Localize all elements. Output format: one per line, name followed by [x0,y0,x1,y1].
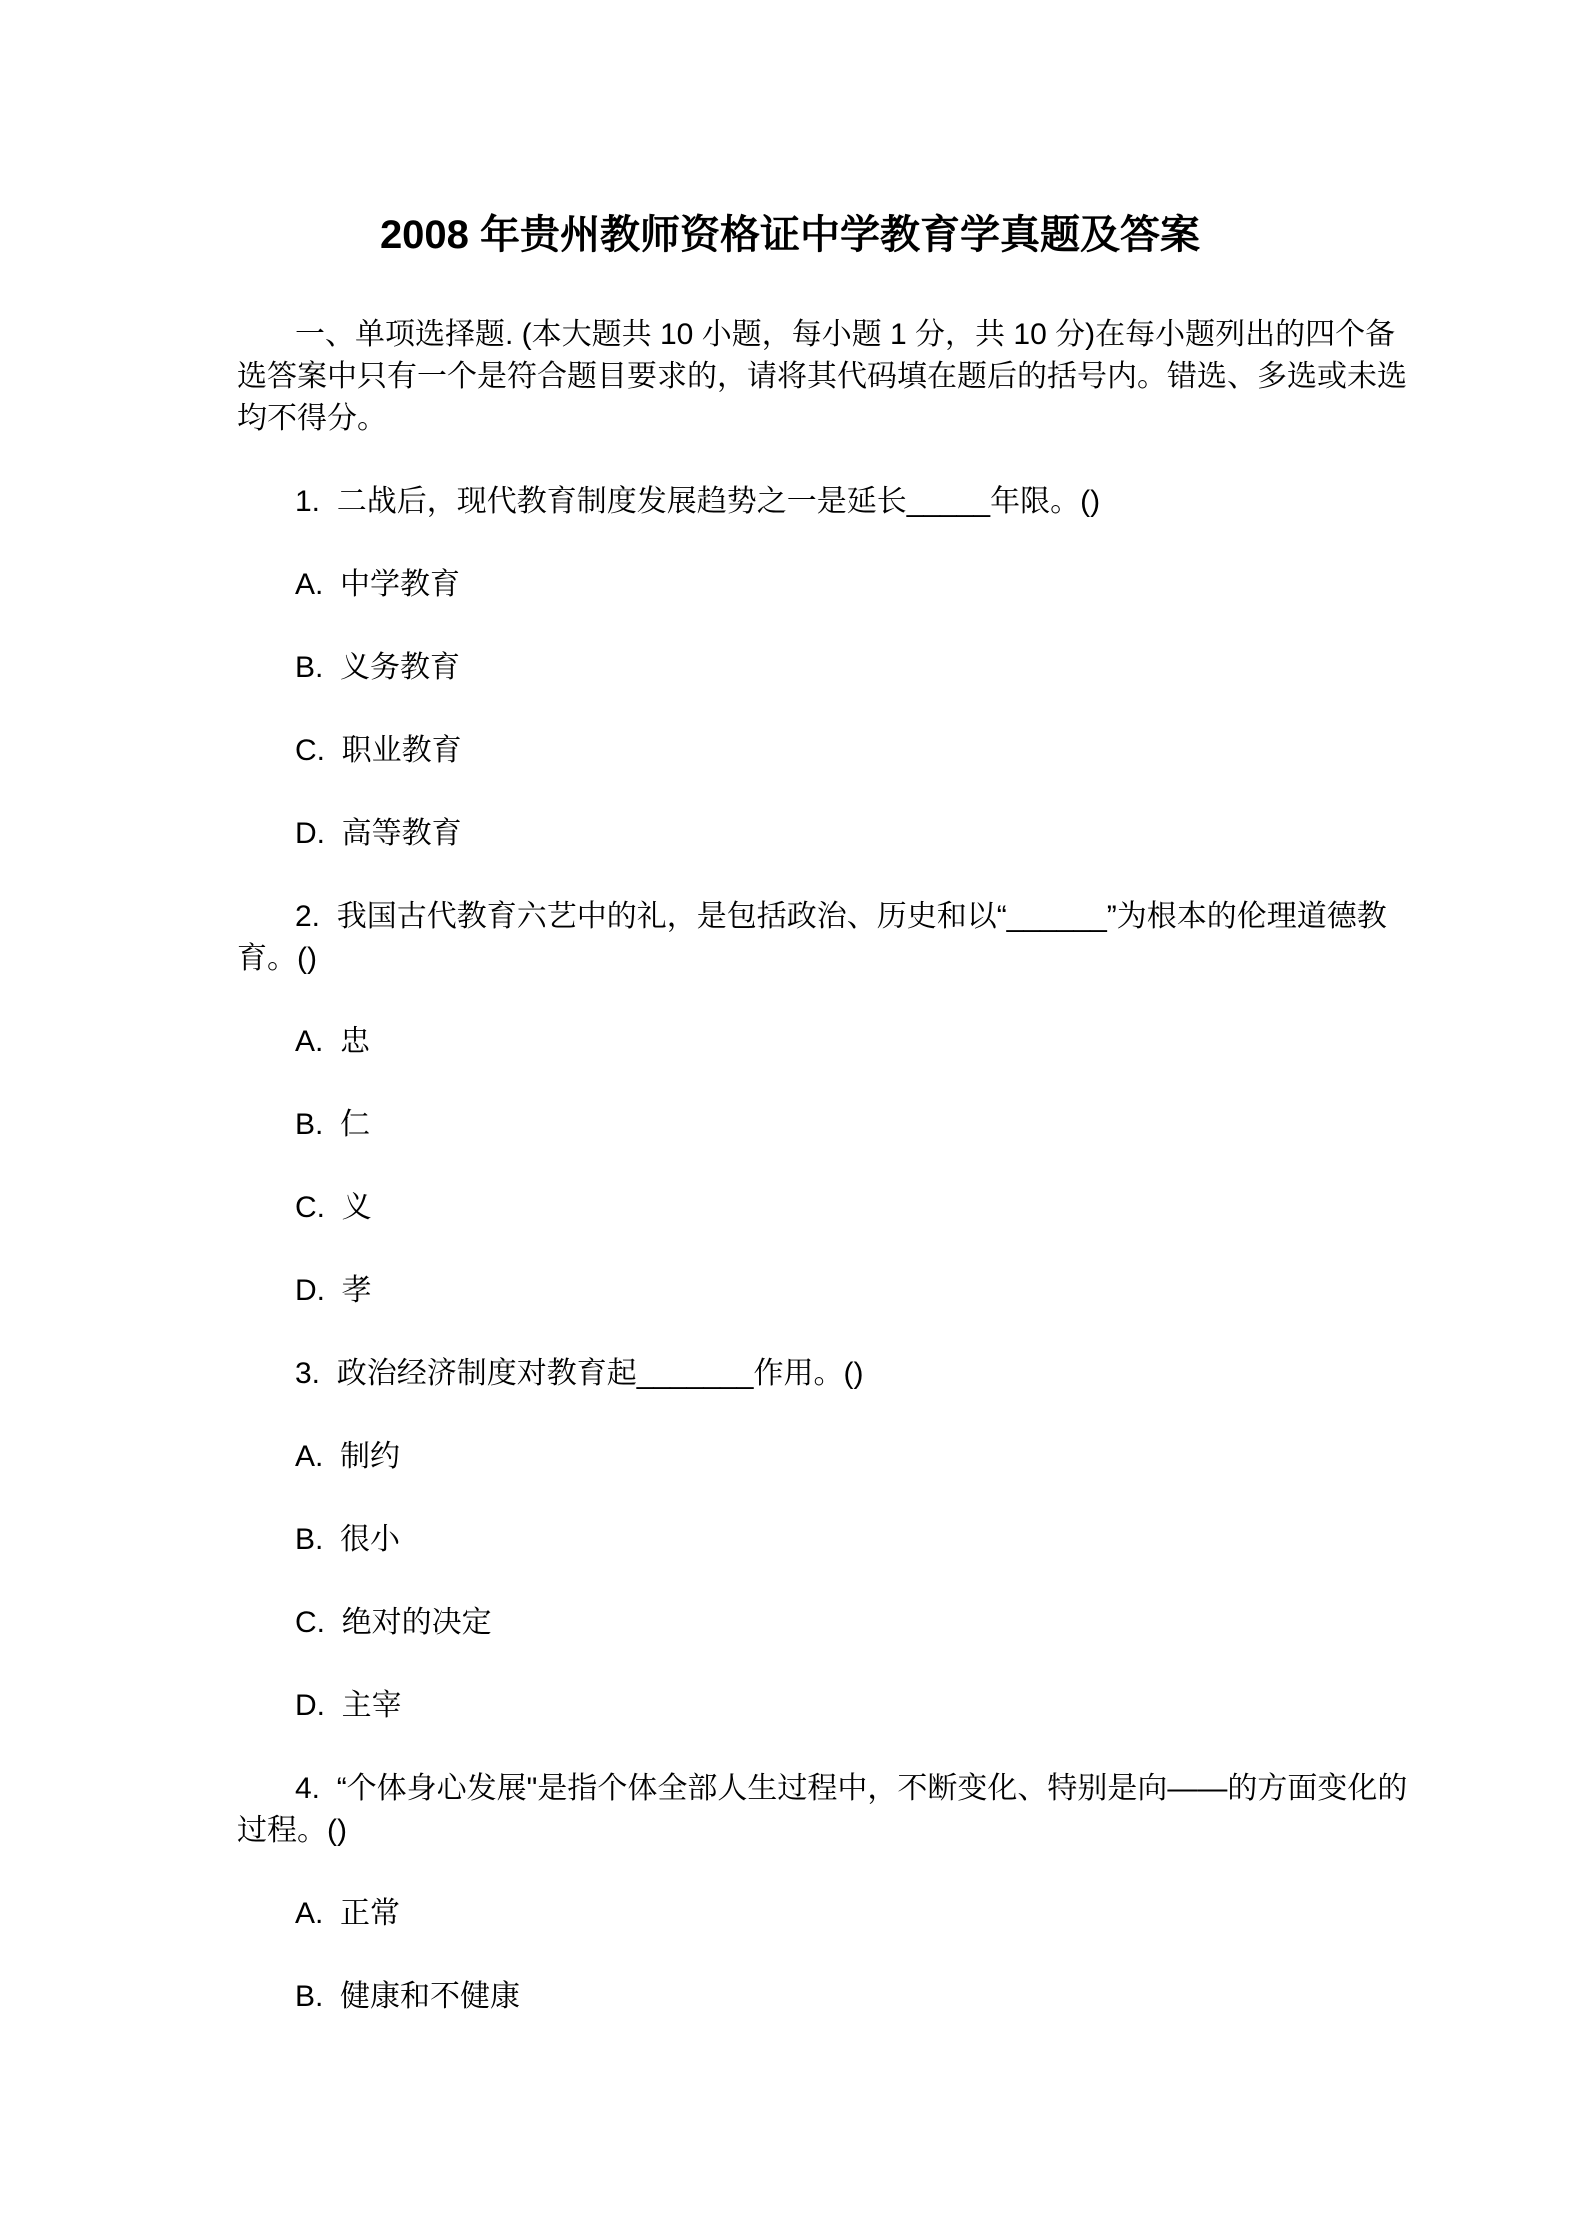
question-q4-option-B: B. 健康和不健康 [237,1976,1440,2018]
question-q2-option-D: D. 孝 [237,1270,1440,1312]
question-q1-option-A-line: A. 中学教育 [237,564,1440,606]
page-title: 2008 年贵州教师资格证中学教育学真题及答案 [0,207,1580,263]
question-q2-stem-line: 育。() [237,938,1440,980]
section-intro-line: 一、单项选择题. (本大题共 10 小题，每小题 1 分，共 10 分)在每小题… [237,314,1440,356]
question-q1-option-A: A. 中学教育 [237,564,1440,606]
question-q3-stem: 3. 政治经济制度对教育起_______作用。() [237,1353,1440,1395]
question-q3-stem-line: 3. 政治经济制度对教育起_______作用。() [237,1353,1440,1395]
section-intro: 一、单项选择题. (本大题共 10 小题，每小题 1 分，共 10 分)在每小题… [237,314,1440,440]
question-q4-option-A-line: A. 正常 [237,1893,1440,1935]
question-q4-stem-line: 4. “个体身心发展"是指个体全部人生过程中，不断变化、特别是向——的方面变化的 [237,1768,1440,1810]
question-q2-stem-line: 2. 我国古代教育六艺中的礼，是包括政治、历史和以“______”为根本的伦理道… [237,896,1440,938]
question-q4-stem-line: 过程。() [237,1810,1440,1852]
question-q2-option-B-line: B. 仁 [237,1104,1440,1146]
question-q3-option-A-line: A. 制约 [237,1436,1440,1478]
document-body: 一、单项选择题. (本大题共 10 小题，每小题 1 分，共 10 分)在每小题… [0,263,1580,2018]
question-q4-stem: 4. “个体身心发展"是指个体全部人生过程中，不断变化、特别是向——的方面变化的… [237,1768,1440,1852]
question-q2-option-A-line: A. 忠 [237,1021,1440,1063]
question-q3-option-C-line: C. 绝对的决定 [237,1602,1440,1644]
question-q1-option-B-line: B. 义务教育 [237,647,1440,689]
section-intro-line: 均不得分。 [237,398,1440,440]
question-q1-option-B: B. 义务教育 [237,647,1440,689]
question-q3-option-B: B. 很小 [237,1519,1440,1561]
question-q2-option-B: B. 仁 [237,1104,1440,1146]
question-q1-stem: 1. 二战后，现代教育制度发展趋势之一是延长_____年限。() [237,481,1440,523]
question-q3-option-A: A. 制约 [237,1436,1440,1478]
question-q4-option-A: A. 正常 [237,1893,1440,1935]
question-q3-option-D-line: D. 主宰 [237,1685,1440,1727]
question-q1-option-D-line: D. 高等教育 [237,813,1440,855]
question-q1-stem-line: 1. 二战后，现代教育制度发展趋势之一是延长_____年限。() [237,481,1440,523]
question-q4-option-B-line: B. 健康和不健康 [237,1976,1440,2018]
question-q2-stem: 2. 我国古代教育六艺中的礼，是包括政治、历史和以“______”为根本的伦理道… [237,896,1440,980]
question-q2-option-C: C. 义 [237,1187,1440,1229]
question-q1-option-C: C. 职业教育 [237,730,1440,772]
question-q3-option-C: C. 绝对的决定 [237,1602,1440,1644]
question-q2-option-A: A. 忠 [237,1021,1440,1063]
question-q2-option-D-line: D. 孝 [237,1270,1440,1312]
document-page: 2008 年贵州教师资格证中学教育学真题及答案 一、单项选择题. (本大题共 1… [0,0,1580,2236]
question-q3-option-B-line: B. 很小 [237,1519,1440,1561]
section-intro-line: 选答案中只有一个是符合题目要求的，请将其代码填在题后的括号内。错选、多选或未选 [237,356,1440,398]
question-q1-option-C-line: C. 职业教育 [237,730,1440,772]
question-q1-option-D: D. 高等教育 [237,813,1440,855]
question-q3-option-D: D. 主宰 [237,1685,1440,1727]
question-q2-option-C-line: C. 义 [237,1187,1440,1229]
